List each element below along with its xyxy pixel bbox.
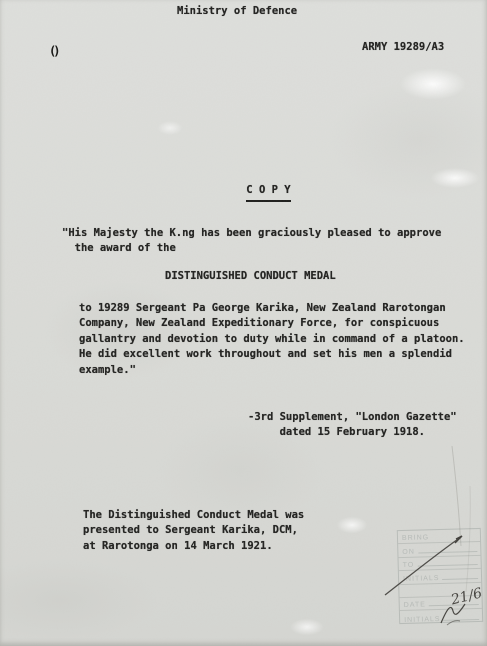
stamp-row-rule — [442, 577, 478, 580]
stamp-row-label: INITIALS — [404, 616, 441, 624]
presentation-paragraph: The Distinguished Conduct Medal was pres… — [83, 508, 304, 554]
document-page: Ministry of Defence ARMY 19289/A3 () C O… — [0, 0, 487, 646]
stamp-row-rule — [418, 550, 478, 554]
stamp-row-label: BRING — [402, 535, 429, 543]
file-reference: ARMY 19289/A3 — [362, 40, 444, 55]
gazette-reference: -3rd Supplement, "London Gazette" dated … — [248, 410, 457, 441]
stamp-row-label: DATE — [404, 602, 426, 610]
stamp-row-rule — [429, 603, 479, 606]
bring-up-date-stamp: BRINGONTOINITIALSDATEINITIALS — [397, 528, 483, 624]
approval-paragraph: "His Majesty the K.ng has been graciousl… — [62, 226, 441, 257]
copy-heading-text: C O P Y — [246, 183, 290, 201]
stamp-row-label: TO — [403, 562, 415, 569]
copy-heading: C O P Y — [221, 168, 291, 217]
medal-heading: DISTINGUISHED CONDUCT MEDAL — [165, 269, 336, 284]
citation-paragraph: to 19289 Sergeant Pa George Karika, New … — [79, 301, 465, 378]
stamp-row-label: ON — [402, 548, 415, 555]
stamp-row: INITIALS — [400, 609, 482, 625]
stray-typed-mark: () — [49, 44, 57, 59]
stamp-row-rule — [417, 563, 477, 567]
stamp-rows: BRINGONTOINITIALSDATEINITIALS — [398, 529, 482, 625]
agency-title: Ministry of Defence — [177, 4, 297, 19]
stamp-row-label: INITIALS — [403, 575, 440, 583]
stamp-row-rule — [444, 618, 480, 621]
